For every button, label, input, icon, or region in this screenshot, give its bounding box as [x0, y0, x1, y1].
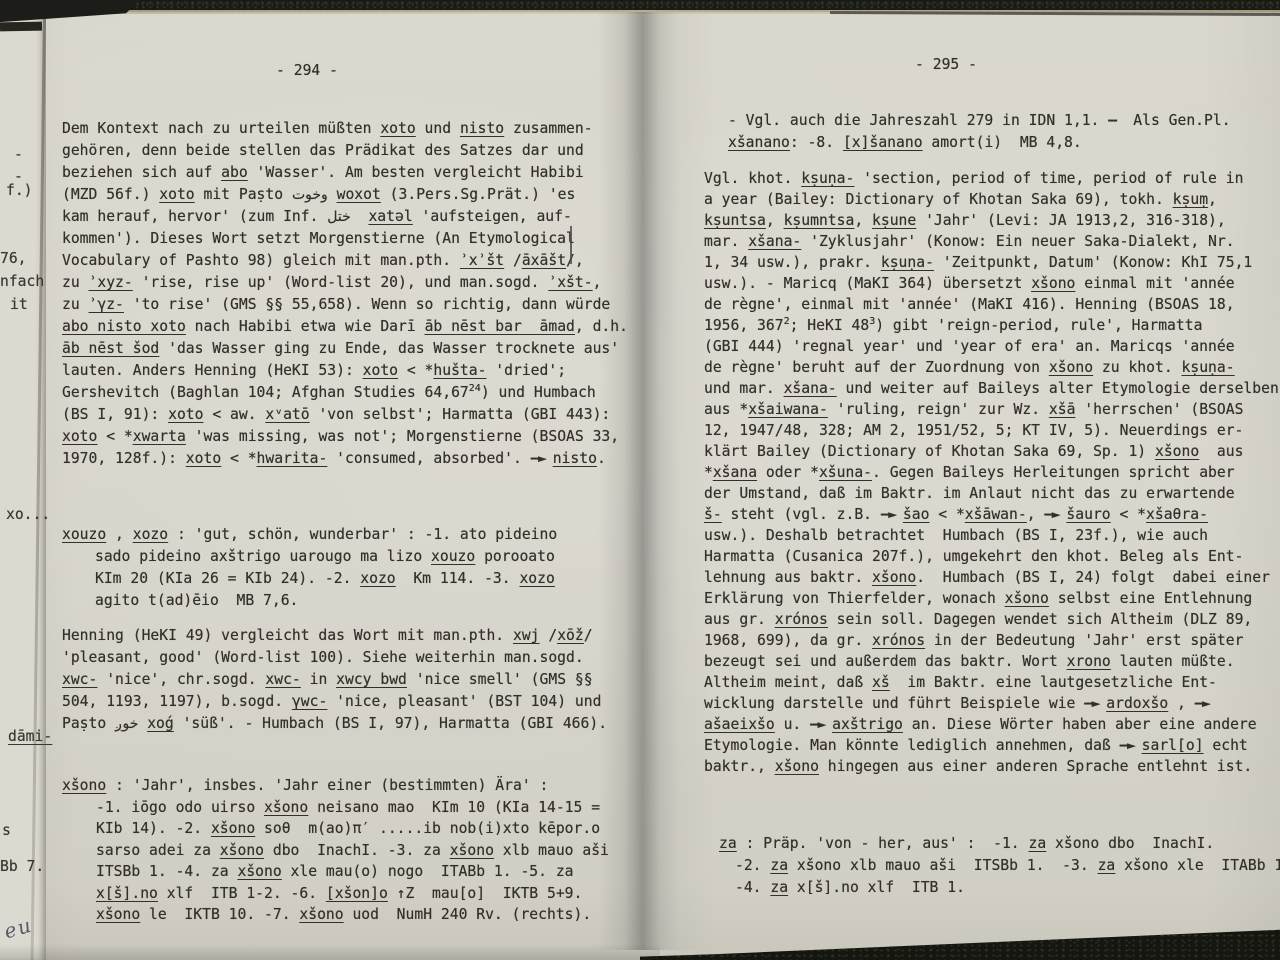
pen-scratch-mark — [570, 226, 572, 264]
margin-text-fragment: xo... — [6, 506, 50, 523]
margin-text-fragment: f.) — [6, 182, 33, 199]
margin-fragment-layer: --f.)76,nfachitxo...dāmi-sBb 7. — [0, 0, 1280, 960]
margin-text-fragment: Bb 7. — [0, 858, 44, 875]
margin-text-fragment: it — [10, 296, 28, 313]
margin-text-fragment: 76, — [0, 250, 27, 267]
margin-text-fragment: nfach — [0, 273, 44, 290]
margin-text-fragment: - — [14, 146, 23, 163]
margin-text-fragment: dāmi- — [8, 728, 52, 745]
margin-text-fragment: s — [2, 822, 11, 839]
scanned-book-spread: - 294 - - 295 - Dem Kontext nach zu urte… — [0, 0, 1280, 960]
paper-bottom-shade — [0, 944, 660, 960]
